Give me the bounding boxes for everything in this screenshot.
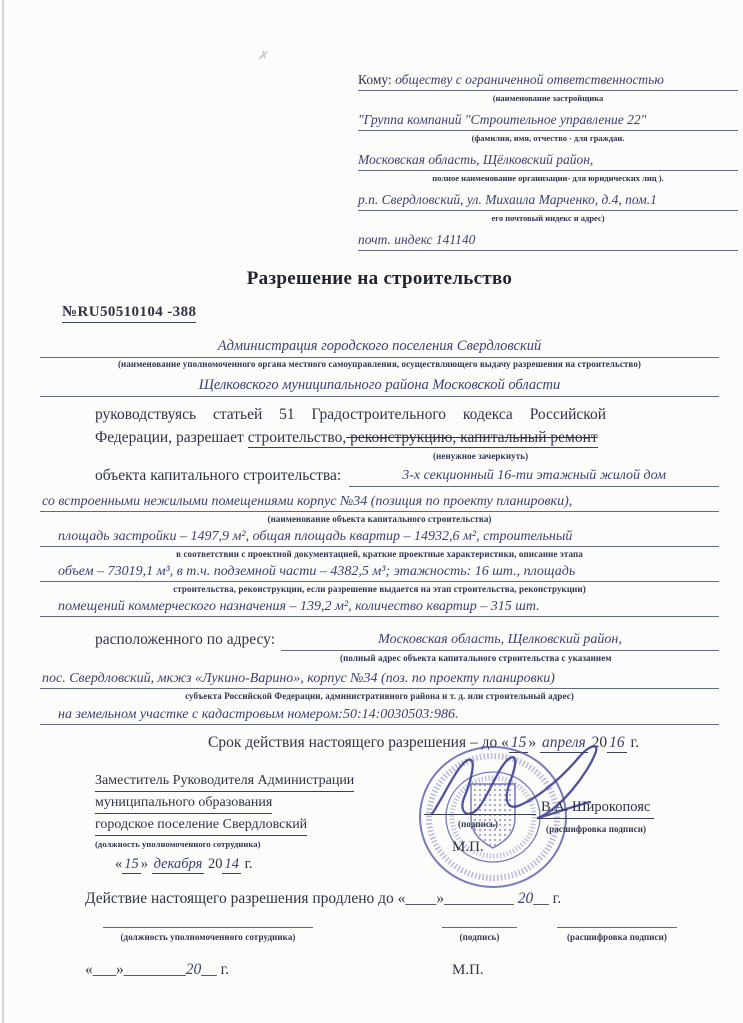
address-caption-2: субъекта Российской Федерации, администр…: [40, 690, 719, 702]
company-caption: (фамилия, имя, отчество - для граждан.: [358, 132, 738, 144]
date-day: 15: [122, 856, 141, 874]
signatory-position-2: муниципального образования: [95, 792, 272, 814]
bottom-position-line: [103, 926, 313, 928]
handwritten-signature: [418, 734, 628, 834]
region-line: Московская область, Щёлковский район,: [358, 150, 738, 171]
street-line: р.п. Свердловский, ул. Михаила Марченко,…: [358, 190, 738, 211]
specs-line-3: помещений коммерческого назначения – 139…: [40, 597, 719, 617]
validity-suffix: г.: [627, 734, 639, 751]
grant-line-1: руководствуясь статьей 51 Градостроитель…: [95, 403, 719, 426]
final-date-year: 20: [186, 961, 202, 978]
scan-edge-line: [2, 0, 4, 1023]
specs-line-2: объем – 73019,1 м³, в т.ч. подземной час…: [40, 562, 719, 582]
address-label: расположенного по адресу:: [40, 629, 275, 651]
date-month: декабря: [152, 856, 205, 874]
cadastre-line: на земельном участке с кадастровым номер…: [40, 705, 719, 725]
bottom-signature-row: (должность уполномоченного сотрудника) (…: [103, 926, 719, 943]
recipient-block: Кому: обществу с ограниченной ответствен…: [358, 70, 738, 251]
address-value-1: Московская область, Щелковский район,: [281, 629, 719, 651]
signatory-name: В.А. Широкопояс: [537, 799, 654, 819]
street-caption: его почтовый индекс и адрес): [358, 212, 738, 224]
komu-label: Кому:: [358, 72, 392, 87]
company-line: "Группа компаний "Строительное управлени…: [358, 110, 738, 131]
komu-value: обществу с ограниченной ответственностью: [392, 72, 664, 87]
final-date-p1: «___»________: [85, 961, 186, 978]
strike-caption: (ненужное зачеркнуть): [40, 450, 719, 462]
date-p3: 20: [204, 856, 222, 872]
signatory-position-1: Заместитель Руководителя Администрации: [95, 770, 354, 792]
address-value-2: пос. Свердловский, мкжз «Лукино-Варино»,…: [40, 669, 719, 689]
authority-line-2: Щелковского муниципального района Москов…: [40, 376, 719, 397]
object-value-1: 3-х секционный 16-ти этажный жилой дом: [349, 466, 719, 487]
document-content: Кому: обществу с ограниченной ответствен…: [40, 70, 719, 981]
signature-caption: (подпись): [458, 818, 498, 830]
final-date-row: «___»________20__ г. М.П.: [40, 959, 719, 981]
authority-caption: (наименование уполномоченного органа мес…: [40, 358, 719, 370]
grant-line-2: Федерации, разрешает строительство, реко…: [95, 426, 719, 449]
address-caption-1: (полный адрес объекта капитального строи…: [40, 652, 719, 664]
date-p2: »: [141, 856, 152, 872]
specs-caption-1: в соответствии с проектной документацией…: [40, 548, 719, 560]
permit-number: №RU50510104 -388: [62, 303, 196, 323]
object-value-2: со встроенными нежилыми помещениями корп…: [40, 492, 719, 512]
specs-line-1: площадь застройки – 1497,9 м², общая пло…: [40, 527, 719, 547]
grant-kept-option: строительство,: [248, 429, 347, 448]
bottom-position-caption: (должность уполномоченного сотрудника): [103, 931, 313, 943]
stamp-place-mark: М.П.: [452, 839, 484, 856]
ink-smudge: ✗: [256, 47, 270, 65]
object-caption: (наименование объекта капитального строи…: [40, 513, 719, 525]
signatory-name-caption: (расшифровка подписи): [546, 823, 646, 835]
date-year: 14: [222, 856, 241, 874]
authority-line-1: Администрация городского поселения Сверд…: [40, 337, 719, 358]
signatory-position-3: городское поселение Свердловский: [95, 814, 307, 836]
final-date-p2: __ г.: [201, 961, 229, 978]
object-row: объекта капитального строительства: 3-х …: [40, 466, 719, 487]
bottom-sign-line: [442, 926, 517, 928]
recipient-caption: (наименование застройщика: [358, 92, 738, 104]
final-stamp-place-mark: М.П.: [452, 959, 484, 981]
region-caption: полное наименование организации- для юри…: [358, 172, 738, 184]
object-label: объекта капитального строительства:: [40, 466, 341, 487]
extension-line: Действие настоящего разрешения продлено …: [40, 888, 719, 910]
bottom-name-caption: (расшифровка подписи): [557, 931, 677, 943]
signature-block: Заместитель Руководителя Администрации м…: [40, 770, 719, 878]
bottom-sign-column: (подпись): [442, 926, 517, 943]
signature-line: [424, 814, 536, 815]
postal-line: почт. индекс 141140: [358, 230, 738, 251]
grant-struck-options: реконструкцию, капитальный ремонт: [346, 429, 597, 448]
document-page: ✗ Кому: обществу с ограниченной ответств…: [0, 0, 743, 1023]
grant-paragraph: руководствуясь статьей 51 Градостроитель…: [40, 403, 719, 449]
document-title: Разрешение на строительство: [40, 267, 719, 291]
signatory-position-caption: (должность уполномоченного сотрудника): [95, 838, 719, 850]
address-row: расположенного по адресу: Московская обл…: [40, 629, 719, 651]
recipient-line: Кому: обществу с ограниченной ответствен…: [358, 70, 738, 91]
bottom-name-line: [557, 926, 677, 928]
bottom-sign-caption: (подпись): [442, 931, 517, 943]
specs-caption-2: строительства, реконструкции, если разре…: [40, 583, 719, 595]
date-p4: г.: [241, 856, 253, 872]
bottom-position-column: (должность уполномоченного сотрудника): [103, 926, 313, 943]
bottom-name-column: (расшифровка подписи): [557, 926, 677, 943]
grant-prefix: Федерации, разрешает: [95, 429, 248, 446]
